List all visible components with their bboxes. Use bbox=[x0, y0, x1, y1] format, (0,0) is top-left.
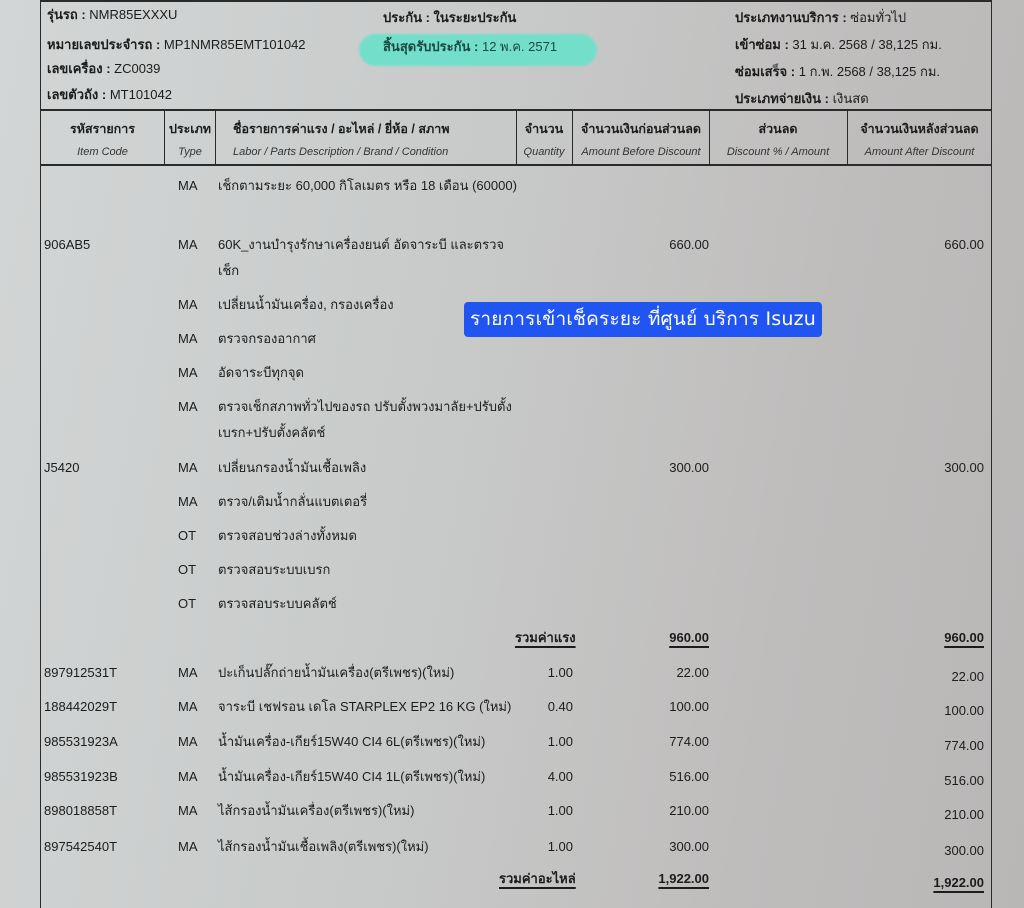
service-invoice: รุ่นรถ : NMR85EXXXU หมายเลขประจำรถ : MP1… bbox=[40, 0, 992, 908]
item-type: MA bbox=[178, 232, 198, 258]
amount-after: 100.00 bbox=[944, 698, 984, 724]
amount-before: 210.00 bbox=[669, 798, 709, 824]
item-description: เช็กตามระยะ 60,000 กิโลเมตร หรือ 18 เดือ… bbox=[218, 173, 518, 199]
top-border bbox=[41, 0, 991, 2]
item-quantity: 1.00 bbox=[548, 729, 573, 755]
item-type: MA bbox=[178, 394, 198, 420]
item-code: 898018858T bbox=[44, 798, 117, 824]
chassis-number-field: เลขตัวถัง : MT101042 bbox=[47, 86, 172, 104]
item-description: น้ำมันเครื่อง-เกียร์15W40 CI4 6L(ตรีเพชร… bbox=[218, 729, 538, 755]
item-description: ตรวจ/เติมน้ำกลั่นแบตเตอรี่ bbox=[218, 489, 518, 515]
amount-before: 22.00 bbox=[676, 660, 709, 686]
parts-total-label: รวมค่าอะไหล่ bbox=[499, 866, 576, 892]
labor-row: MAเช็กตามระยะ 60,000 กิโลเมตร หรือ 18 เด… bbox=[41, 173, 991, 225]
item-type: MA bbox=[178, 798, 198, 824]
annotation-banner: รายการเข้าเช็คระยะ ที่ศูนย์ บริการ Isuzu bbox=[464, 302, 822, 337]
item-type: OT bbox=[178, 591, 196, 617]
vin-field: หมายเลขประจำรถ : MP1NMR85EMT101042 bbox=[47, 36, 306, 54]
col-quantity: จำนวนQuantity bbox=[517, 110, 571, 164]
item-code: J5420 bbox=[44, 455, 79, 481]
item-description: น้ำมันเครื่อง-เกียร์15W40 CI4 1L(ตรีเพชร… bbox=[218, 764, 538, 790]
col-amount-before: จำนวนเงินก่อนส่วนลดAmount Before Discoun… bbox=[573, 110, 709, 164]
item-description: ปะเก็นปลั๊กถ่ายน้ำมันเครื่อง(ตรีเพชร)(ให… bbox=[218, 660, 538, 686]
item-description: ตรวจสอบระบบเบรก bbox=[218, 557, 518, 583]
item-type: MA bbox=[178, 660, 198, 686]
labor-total-before: 960.00 bbox=[669, 625, 709, 651]
parts-total-after: 1,922.00 bbox=[933, 870, 984, 896]
service-type-field: ประเภทงานบริการ : ซ่อมทั่วไป bbox=[735, 9, 906, 27]
col-divider bbox=[215, 110, 216, 164]
amount-after: 22.00 bbox=[951, 664, 984, 690]
col-amount-after: จำนวนเงินหลังส่วนลดAmount After Discount bbox=[848, 110, 991, 164]
labor-row: MAตรวจเช็กสภาพทั่วไปของรถ ปรับตั้งพวงมาล… bbox=[41, 394, 991, 446]
col-discount: ส่วนลดDiscount % / Amount bbox=[710, 110, 846, 164]
item-type: OT bbox=[178, 523, 196, 549]
item-description: 60K_งานบำรุงรักษาเครื่องยนต์ อัดจาระบี แ… bbox=[218, 232, 518, 284]
amount-before: 774.00 bbox=[669, 729, 709, 755]
amount-after: 300.00 bbox=[944, 838, 984, 864]
labor-total-label: รวมค่าแรง bbox=[515, 625, 576, 651]
payment-type-field: ประเภทจ่ายเงิน : เงินสด bbox=[735, 90, 869, 108]
amount-after: 660.00 bbox=[944, 232, 984, 258]
item-quantity: 0.40 bbox=[548, 694, 573, 720]
item-code: 897912531T bbox=[44, 660, 117, 686]
item-description: เปลี่ยนกรองน้ำมันเชื้อเพลิง bbox=[218, 455, 518, 481]
item-code: 985531923A bbox=[44, 729, 118, 755]
item-code: 188442029T bbox=[44, 694, 117, 720]
item-quantity: 1.00 bbox=[548, 798, 573, 824]
item-description: ตรวจสอบระบบคลัตช์ bbox=[218, 591, 518, 617]
item-type: MA bbox=[178, 729, 198, 755]
item-type: MA bbox=[178, 326, 198, 352]
item-quantity: 1.00 bbox=[548, 834, 573, 860]
amount-after: 300.00 bbox=[944, 455, 984, 481]
amount-before: 100.00 bbox=[669, 694, 709, 720]
item-type: MA bbox=[178, 292, 198, 318]
amount-after: 774.00 bbox=[944, 733, 984, 759]
item-description: ตรวจเช็กสภาพทั่วไปของรถ ปรับตั้งพวงมาลัย… bbox=[218, 394, 518, 446]
item-description: ตรวจสอบช่วงล่างทั้งหมด bbox=[218, 523, 518, 549]
item-description: จาระบี เชฟรอน เดโล STARPLEX EP2 16 KG (ใ… bbox=[218, 694, 538, 720]
warranty-end-field: สิ้นสุดรับประกัน : 12 พ.ค. 2571 bbox=[383, 38, 557, 56]
labor-total-after: 960.00 bbox=[944, 625, 984, 651]
item-type: MA bbox=[178, 360, 198, 386]
item-code: 985531923B bbox=[44, 764, 118, 790]
item-type: MA bbox=[178, 455, 198, 481]
item-code: 906AB5 bbox=[44, 232, 90, 258]
col-description: ชื่อรายการค่าแรง / อะไหล่ / ยี่ห้อ / สภา… bbox=[217, 110, 523, 164]
amount-after: 210.00 bbox=[944, 802, 984, 828]
item-code: 897542540T bbox=[44, 834, 117, 860]
item-type: OT bbox=[178, 557, 196, 583]
item-type: MA bbox=[178, 764, 198, 790]
item-description: ไส้กรองน้ำมันเครื่อง(ตรีเพชร)(ใหม่) bbox=[218, 798, 538, 824]
amount-before: 660.00 bbox=[669, 232, 709, 258]
model-field: รุ่นรถ : NMR85EXXXU bbox=[47, 6, 177, 24]
item-description: อัดจาระบีทุกจุด bbox=[218, 360, 518, 386]
amount-after: 516.00 bbox=[944, 768, 984, 794]
warranty-field: ประกัน : ในระยะประกัน bbox=[383, 9, 516, 27]
item-quantity: 4.00 bbox=[548, 764, 573, 790]
item-quantity: 1.00 bbox=[548, 660, 573, 686]
item-type: MA bbox=[178, 489, 198, 515]
engine-number-field: เลขเครื่อง : ZC0039 bbox=[47, 60, 160, 78]
amount-before: 300.00 bbox=[669, 834, 709, 860]
amount-before: 516.00 bbox=[669, 764, 709, 790]
amount-before: 300.00 bbox=[669, 455, 709, 481]
item-type: MA bbox=[178, 694, 198, 720]
completed-field: ซ่อมเสร็จ : 1 ก.พ. 2568 / 38,125 กม. bbox=[735, 63, 940, 81]
item-description: ไส้กรองน้ำมันเชื้อเพลิง(ตรีเพชร)(ใหม่) bbox=[218, 834, 538, 860]
col-type: ประเภทType bbox=[165, 110, 215, 164]
item-type: MA bbox=[178, 173, 198, 199]
check-in-field: เข้าซ่อม : 31 ม.ค. 2568 / 38,125 กม. bbox=[735, 36, 942, 54]
item-type: MA bbox=[178, 834, 198, 860]
col-item-code: รหัสรายการItem Code bbox=[41, 110, 164, 164]
labor-row: 906AB5MA60K_งานบำรุงรักษาเครื่องยนต์ อัด… bbox=[41, 232, 991, 284]
table-header-divider bbox=[41, 164, 991, 166]
parts-total-before: 1,922.00 bbox=[658, 866, 709, 892]
